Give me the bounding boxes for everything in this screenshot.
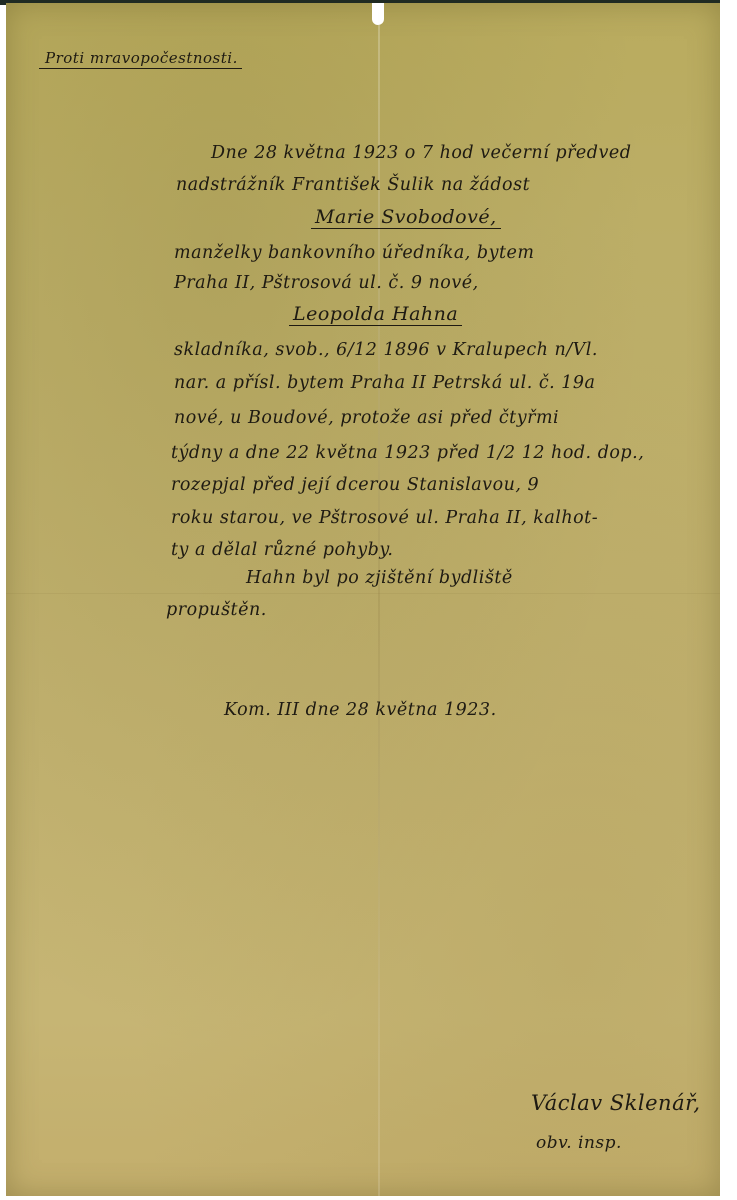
body-line: manželky bankovního úředníka, bytem bbox=[174, 243, 535, 263]
body-line: Dne 28 května 1923 o 7 hod večerní předv… bbox=[211, 143, 631, 163]
place-date: Kom. III dne 28 května 1923. bbox=[224, 700, 497, 720]
body-line: rozepjal před její dcerou Stanislavou, 9 bbox=[171, 475, 539, 495]
body-line: ty a dělal různé pohyby. bbox=[171, 540, 394, 560]
body-line: propuštěn. bbox=[166, 600, 267, 620]
body-line: týdny a dne 22 května 1923 před 1/2 12 h… bbox=[171, 443, 644, 463]
complainant-name: Marie Svobodové, bbox=[311, 206, 501, 229]
body-line: nadstrážník František Šulik na žádost bbox=[176, 175, 530, 195]
document-heading: Proti mravopočestnosti. bbox=[39, 49, 242, 69]
document-page: Proti mravopočestnosti. Dne 28 května 19… bbox=[6, 3, 720, 1196]
body-line: Hahn byl po zjištění bydliště bbox=[246, 568, 513, 588]
signature-title: obv. insp. bbox=[536, 1133, 622, 1153]
body-line: Praha II, Pštrosová ul. č. 9 nové, bbox=[174, 273, 479, 293]
body-line: nar. a přísl. bytem Praha II Petrská ul.… bbox=[174, 373, 595, 393]
body-line: skladníka, svob., 6/12 1896 v Kralupech … bbox=[174, 340, 598, 360]
signature-name: Václav Sklenář, bbox=[531, 1091, 701, 1115]
body-line: roku starou, ve Pštrosové ul. Praha II, … bbox=[171, 508, 598, 528]
horizontal-fold-line bbox=[6, 593, 720, 594]
body-line: nové, u Boudové, protože asi před čtyřmi bbox=[174, 408, 559, 428]
accused-name: Leopolda Hahna bbox=[289, 303, 462, 326]
